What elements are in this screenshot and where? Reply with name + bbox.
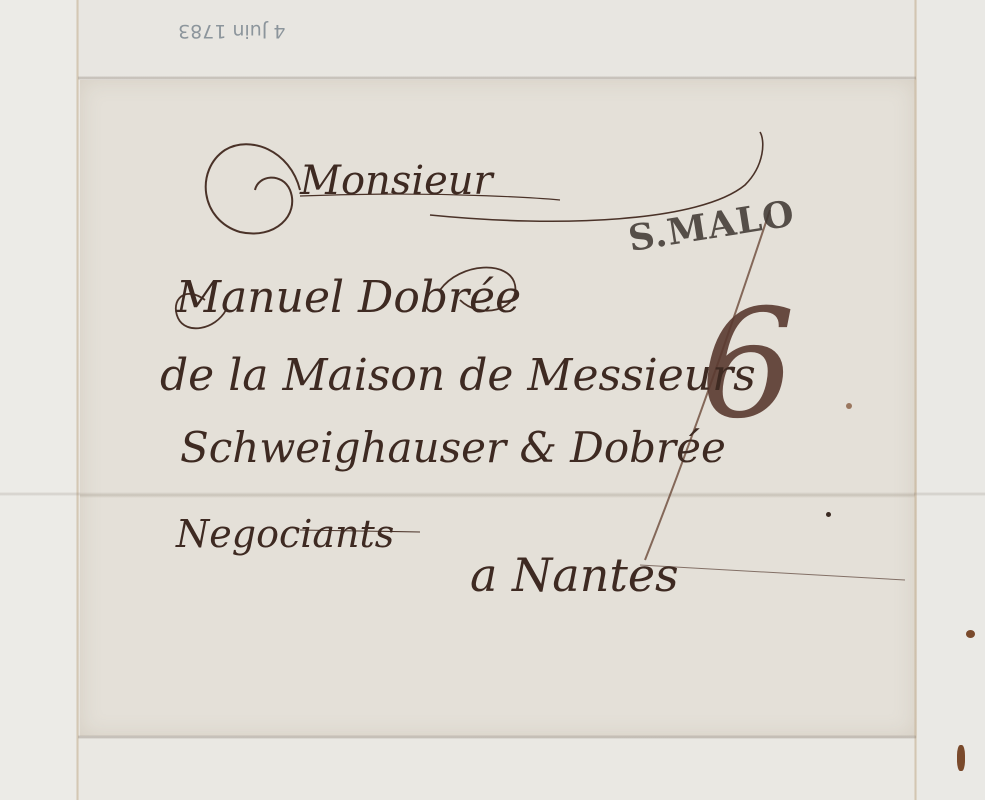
horizontal-crease (80, 492, 915, 498)
address-line-city: a Nantes (470, 548, 679, 602)
address-line-occupation: Negociants (176, 512, 394, 556)
ink-stain (966, 630, 975, 638)
address-line-firm: Schweighauser & Dobrée (180, 423, 726, 472)
fold-line-right-mid (914, 492, 985, 496)
right-flap (917, 0, 985, 800)
fold-line-right (914, 0, 917, 800)
fold-line-left-mid (0, 492, 80, 496)
ink-stain (957, 745, 965, 771)
pencil-date-note: 4 Juin 1783 (178, 20, 286, 42)
ink-stain (846, 403, 852, 409)
address-line-recipient: Manuel Dobrée (176, 272, 521, 323)
left-flap (0, 0, 78, 800)
fold-line-left (76, 0, 79, 800)
bottom-flap (78, 738, 917, 800)
fold-line-bottom (78, 735, 916, 739)
address-line-salutation: Monsieur (300, 158, 493, 204)
address-line-house: de la Maison de Messieurs (160, 350, 756, 401)
ink-dot (826, 512, 831, 517)
fold-line-top (78, 76, 916, 80)
